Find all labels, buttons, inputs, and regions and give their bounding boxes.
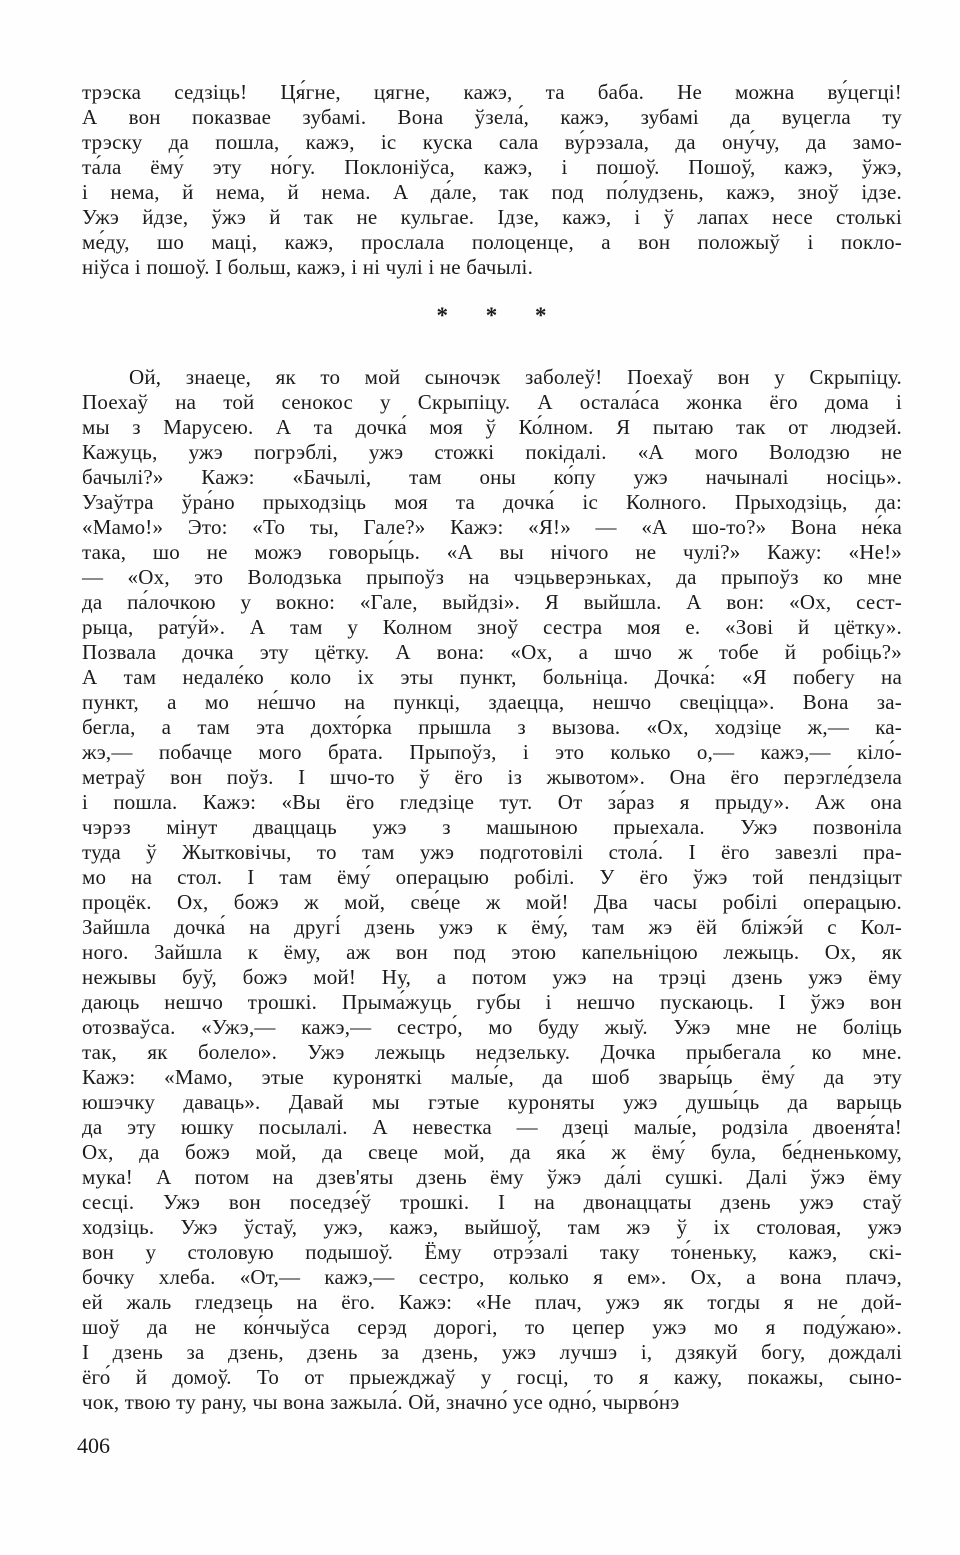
- text-line: туда ў Жытковічы, то там ужэ подготовілі…: [82, 840, 902, 865]
- text-line: даюць нешчо трошкі. Прыма́жуць губы і не…: [82, 990, 902, 1015]
- text-line: А там недале́ко коло іх эты пункт, больн…: [82, 665, 902, 690]
- text-line: ей жаль гледзець на ёго. Кажэ: «Не плач,…: [82, 1290, 902, 1315]
- text-line: мука! А потом на дзев'яты дзень ёму ўжэ …: [82, 1165, 902, 1190]
- text-line: А вон показвае зубамі. Вона ўзела́, кажэ…: [82, 105, 902, 130]
- text-line: процёк. Ох, божэ ж мой, све́це ж мой! Дв…: [82, 890, 902, 915]
- text-line: ходзіць. Ужэ ўстаў, ужэ, кажэ, выйшоў, т…: [82, 1215, 902, 1240]
- text-line: метраў вон поўз. І шчо-то ў ёго із жывот…: [82, 765, 902, 790]
- text-line: і нема, й нема, й нема. А да́ле, так под…: [82, 180, 902, 205]
- text-line: шоў да не ко́нчыўса серэд дорогі, то цеп…: [82, 1315, 902, 1340]
- text-line: рыца, рату́й». А там у Колном зноў сестр…: [82, 615, 902, 640]
- text-line: бегла, а там эта дохто́рка прышла з вызо…: [82, 715, 902, 740]
- book-page: трэска седзіць! Ця́гне, цягне, кажэ, та …: [0, 0, 960, 1555]
- text-line: ме́ду, шо маці, кажэ, прослала полоценце…: [82, 230, 902, 255]
- text-line: Ужэ йдзе, ўжэ й так не кульгае. Ідзе, ка…: [82, 205, 902, 230]
- text-line: отозваўса. «Ужэ,— кажэ,— сестро́, мо буд…: [82, 1015, 902, 1040]
- text-line: ного. Зайшла к ёму, аж вон под этою капе…: [82, 940, 902, 965]
- text-line: вон у столовую подышоў. Ёму отрэ́залі та…: [82, 1240, 902, 1265]
- text-line: мо на стол. І там ёму́ операцыю робілі. …: [82, 865, 902, 890]
- text-line: Кажуць, ужэ погрэблі, ужэ стожкі покідал…: [82, 440, 902, 465]
- text-line: да па́лочкою у вокно: «Гале, выйдзі». Я …: [82, 590, 902, 615]
- text-line: сесці. Ужэ вон поседзе́ў трошкі. І на дв…: [82, 1190, 902, 1215]
- text-line: «Мамо!» Это: «То ты, Гале?» Кажэ: «Я!» —…: [82, 515, 902, 540]
- page-number: 406: [77, 1433, 110, 1459]
- text-line: чок, твою ту рану, чы вона зажыла́. Ой, …: [82, 1390, 902, 1415]
- text-line: бочку хлеба. «От,— кажэ,— сестро, колько…: [82, 1265, 902, 1290]
- text-line: трэску да пошла, кажэ, іс куска сала ву́…: [82, 130, 902, 155]
- text-line: така, шо не можэ говоры́ць. «А вы нічого…: [82, 540, 902, 565]
- text-line: чэрэз мінут дваццаць ужэ з машыною прыех…: [82, 815, 902, 840]
- text-line: ніўса і пошоў. І больш, кажэ, і ні чулі …: [82, 255, 902, 280]
- story-paragraph-2: Ой, знаеце, як то мой сыночэк заболеў! П…: [82, 365, 902, 1415]
- text-line: Узаўтра ўра́но прыходзіць моя та дочка́ …: [82, 490, 902, 515]
- text-line: жэ,— побачце мого брата. Прыпоўз, і это …: [82, 740, 902, 765]
- text-line: ёго́ й домоў. То от прыежджаў у госці, т…: [82, 1365, 902, 1390]
- text-line: Кажэ: «Мамо, этые куроняткі малы́е, да ш…: [82, 1065, 902, 1090]
- text-line: Ой, знаеце, як то мой сыночэк заболеў! П…: [82, 365, 902, 390]
- story-paragraph-1: трэска седзіць! Ця́гне, цягне, кажэ, та …: [82, 80, 902, 280]
- text-line: І дзень за дзень, дзень за дзень, ужэ лу…: [82, 1340, 902, 1365]
- text-line: мы з Марусею. А та дочка́ моя ў Ко́лном.…: [82, 415, 902, 440]
- text-line: так, як болело». Ужэ лежыць недзельку. Д…: [82, 1040, 902, 1065]
- text-line: нежывы буў, божэ мой! Ну, а потом ужэ на…: [82, 965, 902, 990]
- text-line: та́ла ёму́ эту но́гу. Поклоніўса, кажэ, …: [82, 155, 902, 180]
- text-line: Зайшла дочка́ на другі́ дзень ужэ к ёму́…: [82, 915, 902, 940]
- text-line: і пошла. Кажэ: «Вы ёго гледзіце тут. От …: [82, 790, 902, 815]
- text-line: — «Ох, это Володзька прыпоўз на чэцьверэ…: [82, 565, 902, 590]
- text-line: бачылі?» Кажэ: «Бачылі, там оны ко́пу уж…: [82, 465, 902, 490]
- text-line: трэска седзіць! Ця́гне, цягне, кажэ, та …: [82, 80, 902, 105]
- text-line: Позвала дочка эту цётку. А вона: «Ох, а …: [82, 640, 902, 665]
- text-line: да эту юшку посылалі. А невестка — дзеці…: [82, 1115, 902, 1140]
- text-line: пункт, а мо не́шчо на пункці, здаецца, н…: [82, 690, 902, 715]
- text-line: Поехаў на той сенокос у Скрыпіцу. А оста…: [82, 390, 902, 415]
- text-line: юшэчку даваць». Давай мы гэтые куроняты …: [82, 1090, 902, 1115]
- section-separator: * * *: [82, 303, 902, 329]
- text-line: Ох, да божэ мой, да свеце мой, да яка́ ж…: [82, 1140, 902, 1165]
